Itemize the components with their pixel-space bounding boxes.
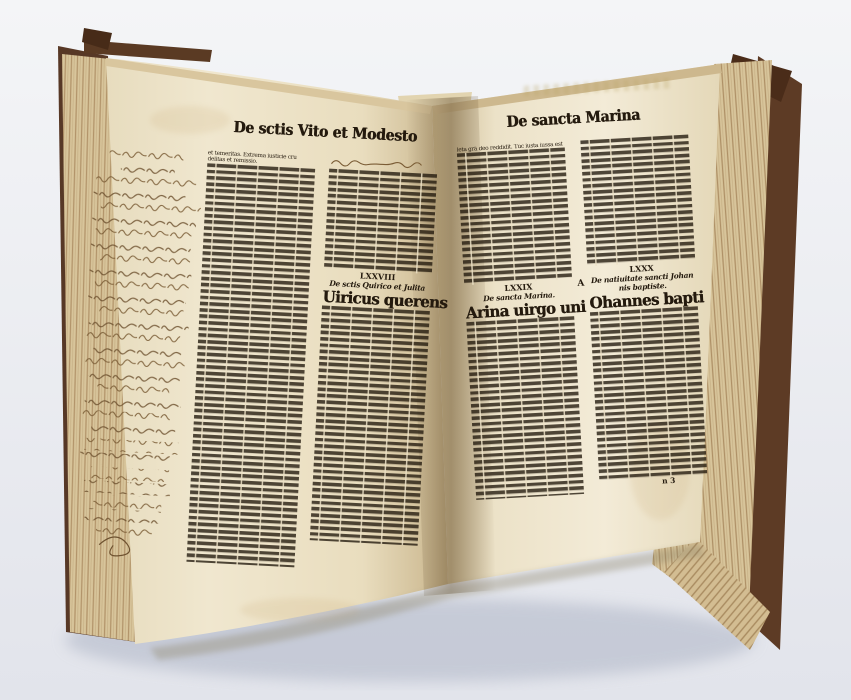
- printed-text-block: [590, 306, 707, 480]
- printed-text-block: [457, 148, 572, 286]
- column-marker-letter: A: [577, 279, 585, 289]
- printed-text-block: [466, 316, 584, 500]
- printed-text-block: [310, 305, 430, 545]
- right-page: De sancta Marina leta grā deo reddidit. …: [446, 88, 724, 565]
- printed-text-block: [324, 169, 437, 275]
- right-column-2: LXXX De natiuitate sancti Johan nis bapt…: [580, 135, 707, 490]
- printed-text-block: [580, 135, 695, 267]
- chapter-number-text: LXXIX: [504, 282, 533, 294]
- book-photograph: De sctis Vito et Modesto et temeritas. E…: [0, 0, 851, 700]
- right-column-1: leta grā deo reddidit. Tūc iusta iussa e…: [457, 141, 585, 500]
- printed-text-block: [186, 163, 315, 567]
- left-page: De sctis Vito et Modesto et temeritas. E…: [179, 112, 447, 596]
- left-column-1: et temeritas. Extrema iusticie cru delit…: [186, 150, 315, 567]
- right-running-header: De sancta Marina: [447, 103, 700, 135]
- left-column-2: LXXVIII De sctis Quirico et Julita Uiric…: [310, 157, 438, 546]
